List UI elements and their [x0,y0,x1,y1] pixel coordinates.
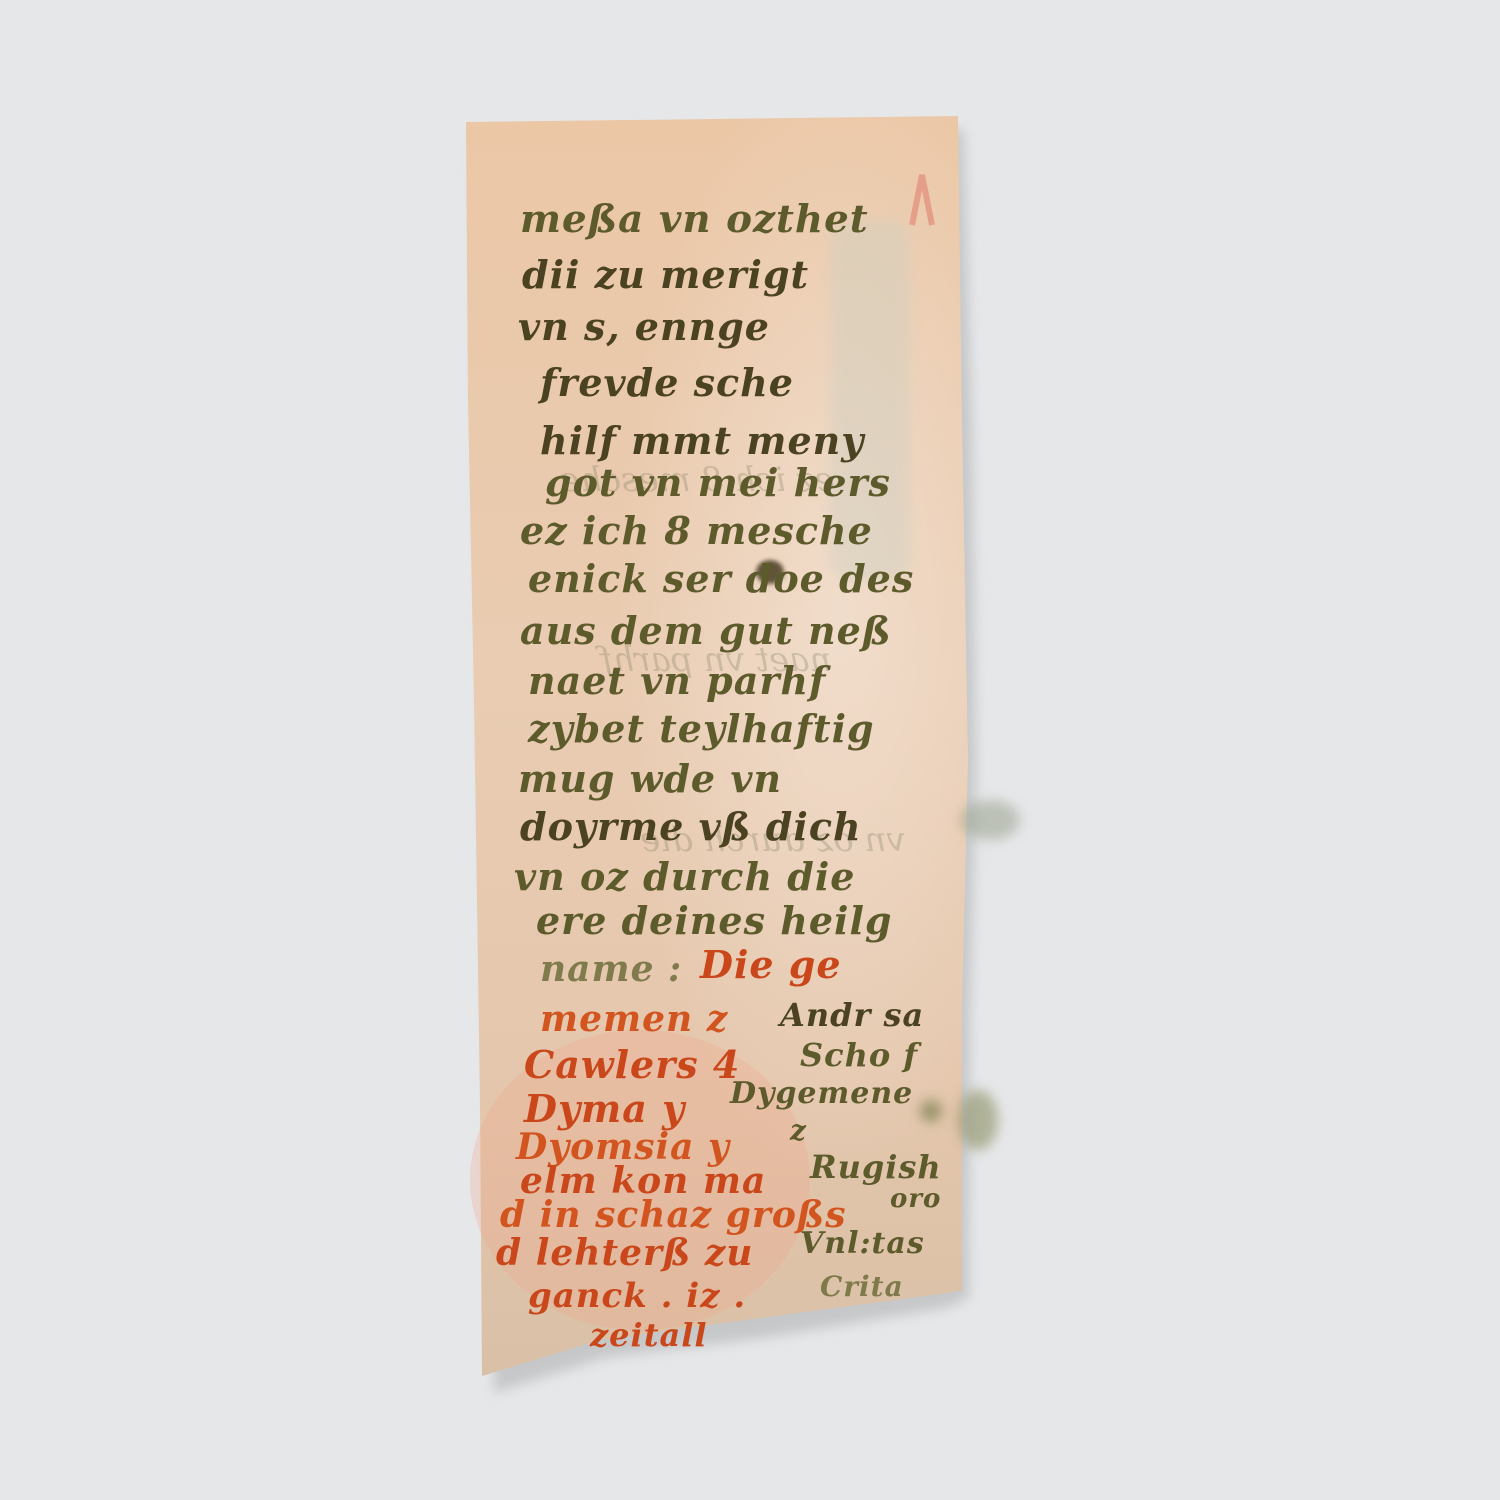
text-line: doyrme vß dich [520,804,862,849]
text-line: ez ich 8 mesche [520,508,873,553]
margin-note: Crita [820,1270,904,1303]
text-line: name : [540,948,682,990]
rubric-line: memen z [540,998,728,1040]
text-line: ere deines heilg [536,898,892,943]
text-line: vn oz durch die [514,854,856,899]
margin-note: Dygemene [730,1076,913,1111]
margin-note: z [790,1114,807,1147]
margin-note: Andr sa [780,996,924,1034]
margin-note: Scho f [800,1036,918,1074]
rubric-line: Die ge [700,942,842,987]
text-line: got vn mei hers [545,460,891,505]
text-line: mug wde vn [518,756,782,801]
margin-note: Vnl:tas [800,1226,925,1261]
rubric-line: Cawlers 4 [524,1042,740,1087]
rubric-line: ganck . iz . [528,1276,746,1316]
margin-note: oro [890,1184,941,1214]
margin-note: Rugish [810,1148,942,1186]
rubric-line: d in schaz großs [500,1194,847,1236]
text-line: frevde sche [540,360,794,405]
photo-stage: ez ich 8 mesche naet vn parhf vn oz durc… [0,0,1500,1500]
rubric-line: Dyma y [524,1086,685,1131]
manuscript-text: meßa vn ozthet dii zu merigt vn s, ennge… [0,0,1500,1500]
text-line: vn s, ennge [518,304,770,349]
text-line: aus dem gut neß [520,608,892,653]
rubric-line: d lehterß zu [496,1232,753,1274]
text-line: dii zu merigt [522,252,809,297]
text-line: enick ser doe des [528,556,914,601]
text-line: hilf mmt meny [540,418,864,463]
text-line: zybet teylhaftig [528,706,875,751]
text-line: naet vn parhf [528,658,826,703]
text-line: meßa vn ozthet [520,196,869,241]
rubric-line: zeitall [590,1316,708,1354]
